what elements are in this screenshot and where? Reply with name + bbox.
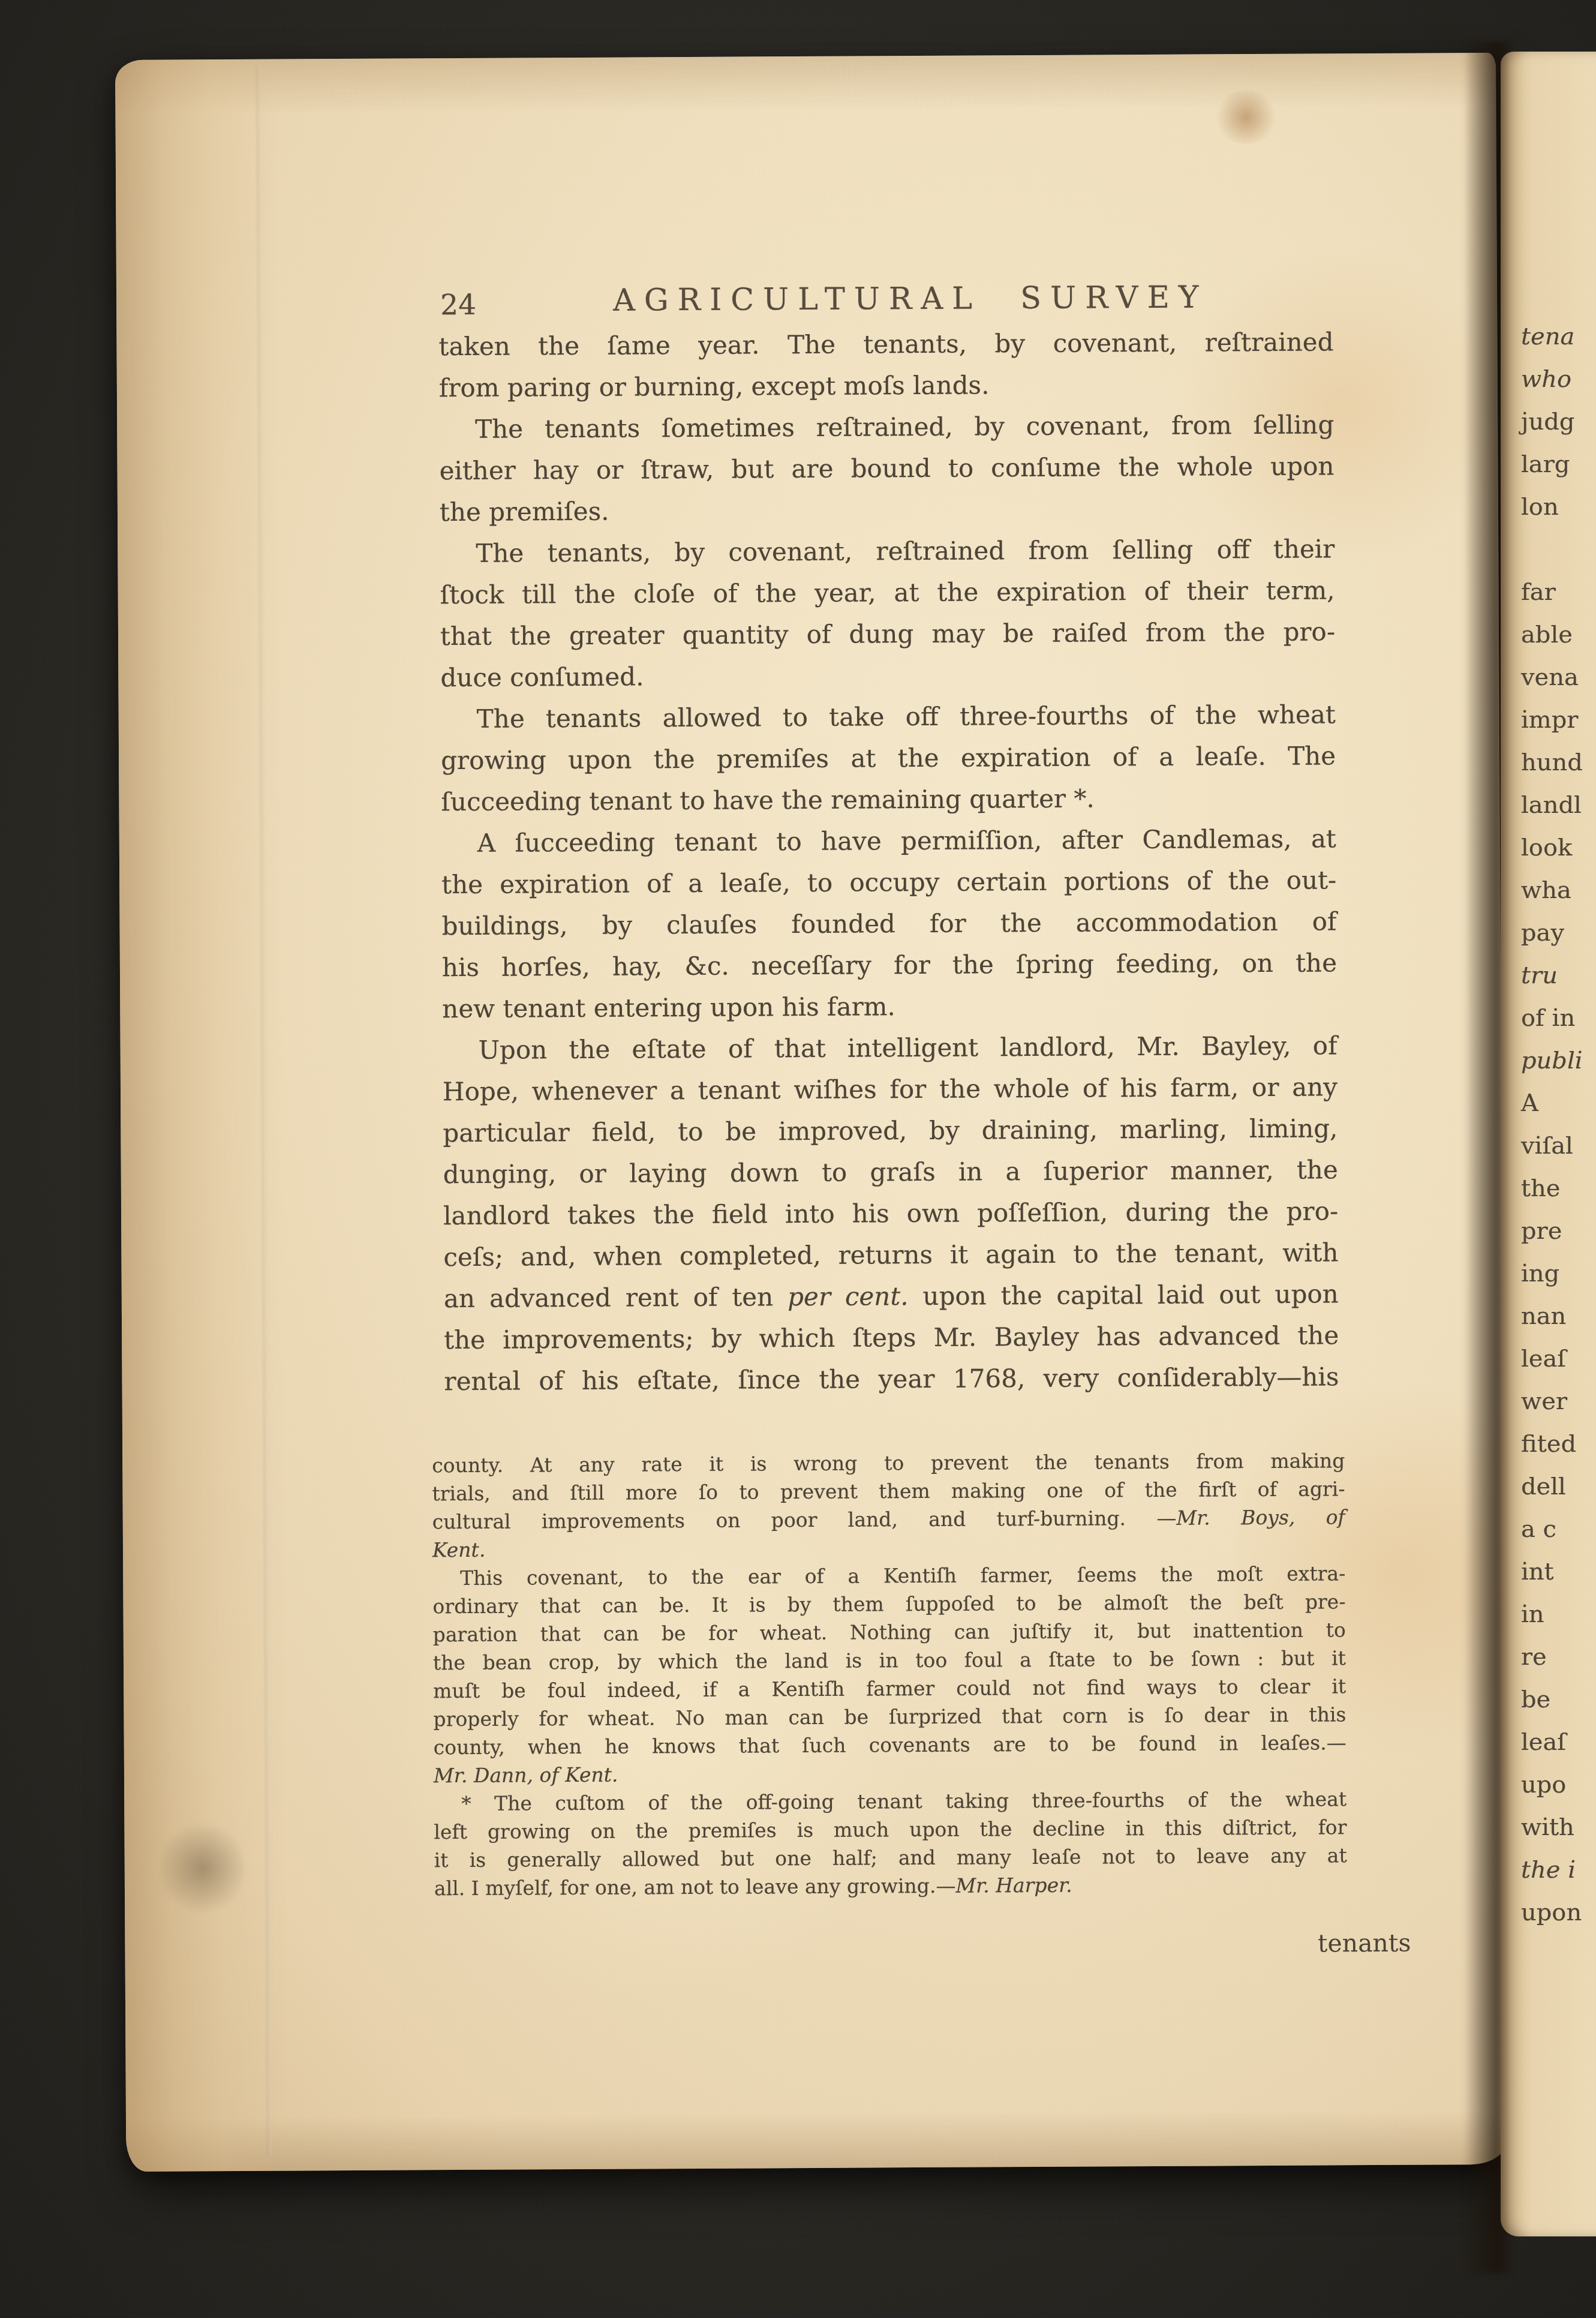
next-page-text-fragment: larg	[1521, 451, 1570, 493]
text-line: particular field, to be improved, by dra…	[443, 1107, 1337, 1154]
next-page-text-fragment: fited	[1521, 1430, 1576, 1473]
next-page-text-fragment: lon	[1521, 493, 1559, 536]
body-text: taken the ſame year. The tenants, by cov…	[438, 321, 1339, 1402]
next-page-text-fragment: int	[1521, 1558, 1554, 1601]
text-line: the bean crop, by which the land is in t…	[433, 1644, 1346, 1677]
text-line: rental of his eſtate, ſince the year 176…	[444, 1356, 1339, 1402]
next-page-text-fragment: upon	[1521, 1899, 1582, 1941]
text-line: left growing on the premiſes is much upo…	[434, 1813, 1346, 1846]
running-header: AGRICULTURAL SURVEY	[613, 280, 1208, 318]
next-page-text-fragment: vena	[1521, 663, 1579, 706]
next-page-text-fragment: pre	[1521, 1217, 1562, 1260]
text-line: either hay or ſtraw, but are bound to co…	[439, 445, 1334, 491]
next-page-text-fragment: leaſ	[1521, 1345, 1566, 1388]
text-line: growing upon the premiſes at the expirat…	[441, 735, 1336, 781]
next-page-text-fragment: the	[1521, 1175, 1561, 1217]
next-page-text-fragment: A	[1521, 1089, 1538, 1132]
next-page-text-fragment: be	[1521, 1686, 1550, 1728]
text-line: The tenants, by covenant, reſtrained fro…	[440, 528, 1334, 574]
text-line: ceſs; and, when completed, returns it ag…	[443, 1232, 1338, 1278]
text-line: trials, and ſtill more ſo to prevent the…	[432, 1475, 1345, 1508]
next-page-text-fragment: nan	[1521, 1302, 1566, 1345]
footnotes: county. At any rate it is wrong to preve…	[432, 1446, 1347, 1902]
next-page-text-fragment: dell	[1521, 1473, 1566, 1515]
next-page-text-fragment: a c	[1521, 1515, 1556, 1558]
next-page-text-fragment: tena	[1521, 323, 1574, 365]
next-page-sliver: tenawhojudglarglonfarablevenaimprhundlan…	[1501, 52, 1596, 2236]
text-line: The tenants allowed to take off three-fo…	[441, 693, 1336, 740]
next-page-text-fragment: wer	[1521, 1388, 1567, 1430]
next-page-text-fragment: ing	[1521, 1260, 1559, 1302]
next-page-text-fragment: the i	[1521, 1856, 1576, 1899]
text-line: county. At any rate it is wrong to preve…	[432, 1446, 1345, 1479]
text-line: This covenant, to the ear of a Kentiſh f…	[432, 1559, 1345, 1592]
text-line: county, when he knows that ſuch covenant…	[434, 1728, 1346, 1761]
text-line: * The cuſtom of the off-going tenant tak…	[434, 1785, 1346, 1818]
text-line: the expiration of a leaſe, to occupy cer…	[441, 859, 1336, 905]
text-line: ſtock till the cloſe of the year, at the…	[440, 569, 1334, 615]
next-page-text-fragment: hund	[1521, 749, 1583, 791]
text-line: an advanced rent of ten per cent. upon t…	[444, 1273, 1339, 1319]
next-page-text-fragment: upo	[1521, 1771, 1566, 1813]
next-page-text-fragment: with	[1521, 1813, 1574, 1856]
page-number: 24	[440, 289, 476, 322]
text-line: that the greater quantity of dung may be…	[440, 611, 1335, 657]
text-line: paration that can be for wheat. Nothing …	[433, 1616, 1346, 1649]
next-page-text-fragment: able	[1521, 621, 1573, 663]
next-page-text-fragment: impr	[1521, 706, 1578, 749]
next-page-text-fragment: of in	[1521, 1004, 1575, 1047]
text-line: taken the ſame year. The tenants, by cov…	[438, 321, 1333, 367]
photo-background: 24 AGRICULTURAL SURVEY taken the ſame ye…	[0, 0, 1596, 2318]
text-line: cultural improvements on poor land, and …	[432, 1503, 1345, 1536]
next-page-text-fragment: wha	[1521, 876, 1571, 919]
next-page-text-fragment: pay	[1521, 919, 1564, 962]
text-line: A ſucceeding tenant to have permiſſion, …	[441, 818, 1336, 864]
text-line: his horſes, hay, &c. neceſſary for the ſ…	[442, 942, 1337, 988]
text-line: ordinary that can be. It is by them ſupp…	[432, 1587, 1345, 1620]
page-content: 24 AGRICULTURAL SURVEY taken the ſame ye…	[115, 53, 1507, 2172]
text-line: buildings, by clauſes founded for the ac…	[441, 900, 1336, 947]
next-page-text-fragment: publi	[1521, 1047, 1583, 1089]
next-page-text-fragment: far	[1521, 578, 1556, 621]
next-page-text-fragment: leaſ	[1521, 1728, 1566, 1771]
text-line: Hope, whenever a tenant wiſhes for the w…	[443, 1066, 1337, 1112]
text-line: Upon the eſtate of that intelligent land…	[442, 1025, 1337, 1071]
next-page-text-fragment: re	[1521, 1643, 1547, 1686]
text-line: dunging, or laying down to graſs in a ſu…	[443, 1149, 1338, 1195]
catchword: tenants	[1318, 1929, 1411, 1958]
next-page-text-fragment: viſal	[1521, 1132, 1573, 1175]
book-page: 24 AGRICULTURAL SURVEY taken the ſame ye…	[115, 53, 1507, 2172]
next-page-text-fragment: landl	[1521, 791, 1582, 834]
text-line: muſt be foul indeed, if a Kentiſh farmer…	[433, 1672, 1346, 1705]
next-page-text-fragment: look	[1521, 834, 1572, 876]
next-page-text-fragment: who	[1521, 365, 1571, 408]
text-line: it is generally allowed but one half; an…	[434, 1841, 1347, 1874]
text-line: properly for wheat. No man can be ſurpri…	[433, 1700, 1346, 1733]
next-page-text-fragment: judg	[1521, 408, 1574, 451]
next-page-text-fragment: in	[1521, 1601, 1544, 1643]
text-line: the improvements; by which ſteps Mr. Bay…	[444, 1314, 1339, 1361]
text-line: landlord takes the field into his own po…	[443, 1190, 1338, 1236]
next-page-text-fragment: tru	[1521, 962, 1558, 1004]
text-line: The tenants ſometimes reſtrained, by cov…	[439, 404, 1334, 450]
